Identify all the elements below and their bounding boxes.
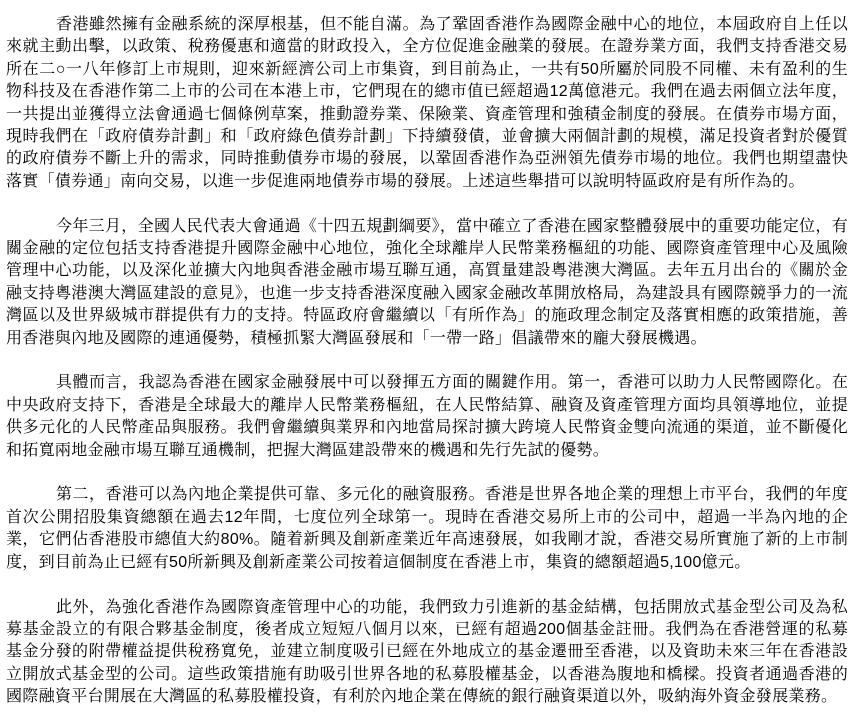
paragraph-asset-management: 此外，為強化香港作為國際資產管理中心的功能，我們致力引進新的基金結構，包括開放式… [6,597,848,709]
document-page: 香港雖然擁有金融系統的深厚根基，但不能自滿。為了鞏固香港作為國際金融中心的地位，… [0,0,856,712]
paragraph-rmb-internationalization: 具體而言，我認為香港在國家金融發展中可以發揮五方面的關鍵作用。第一，香港可以助力… [6,372,848,462]
paragraph-financing-services: 第二，香港可以為內地企業提供可靠、多元化的融資服務。香港是世界各地企業的理想上市… [6,484,848,574]
paragraph-financial-foundation: 香港雖然擁有金融系統的深厚根基，但不能自滿。為了鞏固香港作為國際金融中心的地位，… [6,14,848,193]
paragraph-14th-five-year-plan: 今年三月，全國人民代表大會通過《十四五規劃綱要》，當中確立了香港在國家整體發展中… [6,216,848,350]
